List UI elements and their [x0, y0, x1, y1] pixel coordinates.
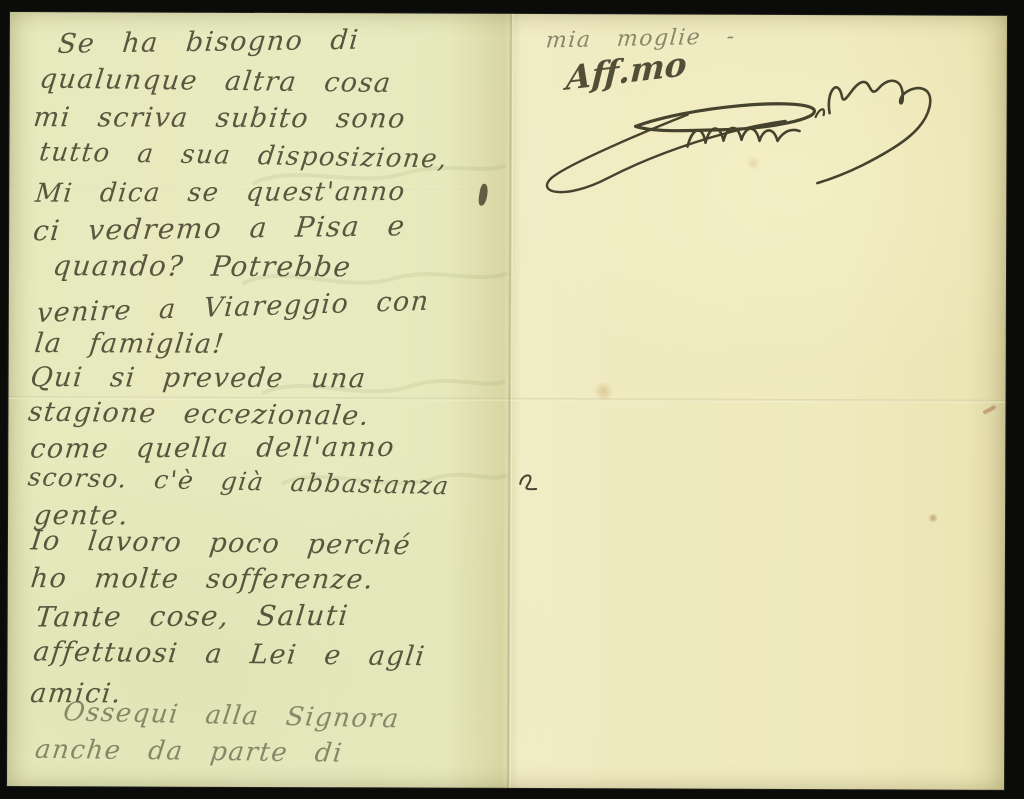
photo-mat: Se ha bisogno diqualunque altra cosami s… [0, 0, 1024, 799]
red-mark [982, 405, 996, 415]
letter-line: quando? Potrebbe [51, 252, 353, 281]
letter-line: Mi dica se quest'anno [34, 179, 407, 207]
signature-flourish [537, 72, 968, 209]
letter-line: Io lavoro poco perché [29, 527, 412, 559]
letter-line: Ossequi alla Signora [62, 699, 402, 732]
letter-line: anche da parte di [34, 737, 345, 767]
letter-line: Se ha bisogno di [57, 27, 361, 58]
foxing-stain [928, 514, 938, 523]
letter-line: ho molte sofferenze. [29, 565, 375, 593]
letter-line: come quella dell'anno [29, 434, 396, 463]
letter-line: scorso. c'è già abbastanza [27, 464, 451, 498]
letter-line: Qui si prevede una [29, 364, 368, 392]
letter-line: mi scriva subito sono [32, 104, 407, 132]
letter-line: tutto a sua disposizione, [38, 139, 450, 172]
letter-line: affettuosi a Lei e agli [32, 638, 427, 670]
stray-pen-mark [516, 472, 546, 498]
letter-line: la famiglia! [33, 330, 226, 358]
letter-line: Tante cose, Saluti [34, 602, 350, 632]
letter-line: qualunque altra cosa [38, 66, 393, 97]
letter-sheet: Se ha bisogno diqualunque altra cosami s… [7, 12, 1007, 790]
foxing-stain [593, 382, 615, 400]
letter-line: stagione eccezionale. [27, 399, 372, 430]
letter-line: ci vedremo a Pisa e [32, 212, 407, 245]
